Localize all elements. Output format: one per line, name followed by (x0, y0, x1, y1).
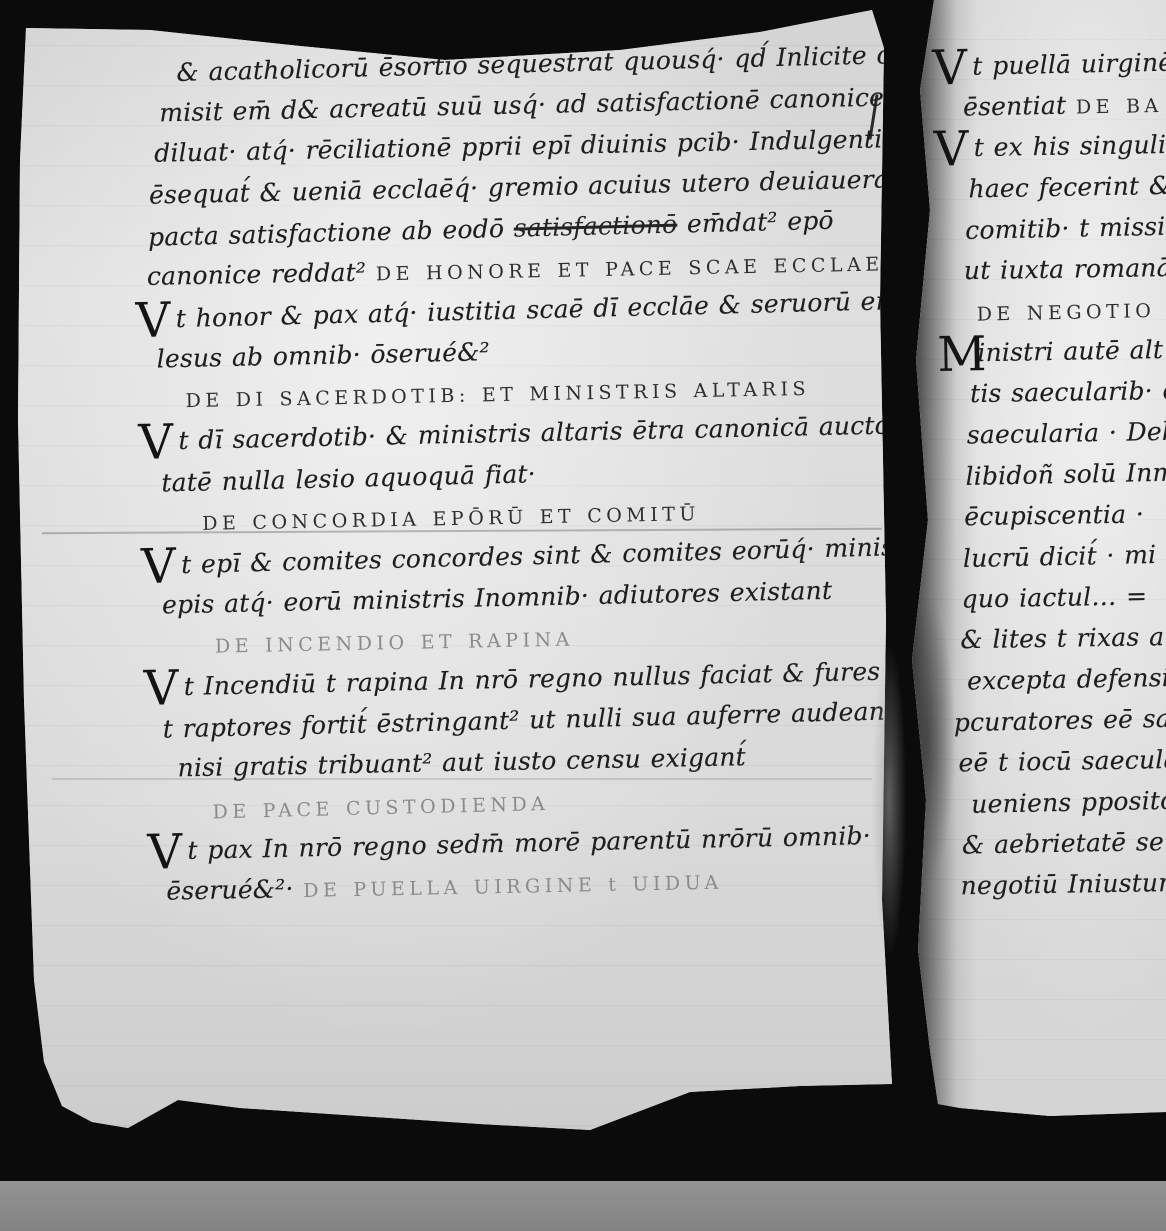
rubric-segment: DE PACE CUSTODIENDA (212, 793, 549, 823)
large-initial-letter: V (138, 420, 179, 465)
rubric-segment: DE NEGOTIO (976, 300, 1155, 326)
large-initial-letter: M (937, 332, 978, 377)
left-page-text: & acatholicorū ēsortio sequestrat́ quous… (130, 35, 909, 912)
right-page-text: Vt puellā uirginē tēsentiat DE BAVt ex h… (932, 40, 1166, 907)
text-segment: ēserué&²· (166, 874, 303, 906)
text-line: & aebrietatē seq (946, 819, 1166, 866)
text-line: negotiū Iniustum (946, 860, 1166, 906)
text-segment: lucrū dicit́ · mi (963, 540, 1157, 573)
rubric-segment: DE INCENDIO ET RAPINA (215, 629, 574, 658)
manuscript-photograph: & acatholicorū ēsortio sequestrat́ quous… (0, 0, 1166, 1231)
text-segment: lesus ab omnib· ōserué&² (156, 337, 490, 373)
text-line: libidoñ solū Inm (939, 449, 1166, 497)
text-segment: canonice reddat² (147, 257, 377, 291)
text-segment: excepta defensi (967, 663, 1166, 696)
rubric-segment: DE DI SACERDOTIB: ET MINISTRIS ALTARIS (185, 378, 810, 412)
text-line: eē t iocū saecula (944, 737, 1166, 783)
rubric-segment: DE HONORE ET PACE SCAE ECCLAE (376, 253, 884, 285)
text-segment: negotiū Iniustum (960, 868, 1166, 900)
large-initial-letter: V (141, 544, 182, 589)
text-line: haec fecerint & (934, 163, 1166, 210)
large-initial-letter: V (147, 830, 188, 875)
text-segment: haec fecerint & (968, 171, 1166, 204)
text-segment: ēcupiscentia · (964, 499, 1144, 531)
binding-gutter-smudge (866, 590, 912, 1010)
text-segment: em̄dat² epō (677, 206, 834, 239)
text-segment: libidoñ solū Inm (965, 458, 1166, 491)
large-initial-letter: V (932, 46, 973, 91)
text-segment: nisi gratis tribuant² aut iusto censu ex… (177, 742, 746, 782)
text-segment: ueniens pposito (971, 786, 1166, 819)
text-segment: & lites t rixas ara (960, 622, 1166, 655)
text-segment: tatē nulla lesio aquoquā fiat· (161, 459, 536, 497)
right-page: Vt puellā uirginē tēsentiat DE BAVt ex h… (906, 0, 1166, 1120)
text-line: ēcupiscentia · (940, 491, 1166, 537)
text-segment: quo iactul… = (961, 581, 1147, 613)
text-line: quo iactul… = (941, 573, 1166, 620)
large-initial-letter: V (933, 127, 974, 172)
text-line: Ministri autē alt (937, 327, 1166, 374)
text-segment: eē t iocū saecula (958, 745, 1166, 777)
text-segment: & aebrietatē seq (962, 827, 1166, 860)
text-line: lucrū dicit́ · mi (941, 531, 1166, 579)
rubric-segment: DE CONCORDIA EPŌRŪ ET COMITŪ (202, 503, 700, 535)
large-initial-letter: V (143, 666, 184, 711)
text-line: Vt ex his singulis b (933, 122, 1166, 168)
rubric-segment: DE PUELLA UIRGINE t UIDUA (303, 872, 723, 902)
large-initial-letter: V (135, 298, 176, 343)
text-segment: ut iuxta romanā (964, 253, 1166, 285)
text-line: ueniens pposito (945, 777, 1166, 825)
text-segment: t puellā uirginē t (972, 47, 1166, 81)
text-line: excepta defensi (943, 655, 1166, 702)
text-line: & lites t rixas ara (942, 614, 1166, 660)
text-segment: pcuratores eē sa (954, 704, 1166, 737)
text-line: comitib· t missis (935, 204, 1166, 252)
text-segment: inistri autē alt (977, 335, 1163, 367)
text-line: Vt puellā uirginē t (932, 40, 1166, 88)
text-line: ut iuxta romanā (936, 245, 1166, 291)
text-line: saecularia · Deb (938, 409, 1166, 456)
text-segment: saecularia · Deb (967, 417, 1166, 450)
struck-text-segment: satisfactionō (513, 210, 677, 243)
text-segment: tis saecularib· o (970, 376, 1166, 408)
text-segment: comitib· t missis (965, 211, 1166, 244)
text-segment: ēsentiat (963, 91, 1076, 122)
text-segment: pacta satisfactione ab eodō (148, 214, 514, 252)
text-line: pcuratores eē sa (943, 695, 1166, 743)
text-segment: t ex his singulis b (974, 129, 1166, 162)
left-page: & acatholicorū ēsortio sequestrat́ quous… (12, 6, 900, 1140)
text-line: tis saecularib· o (938, 368, 1166, 414)
scanner-bed-strip (0, 1181, 1166, 1231)
rubric-segment: DE BA (1076, 95, 1163, 119)
